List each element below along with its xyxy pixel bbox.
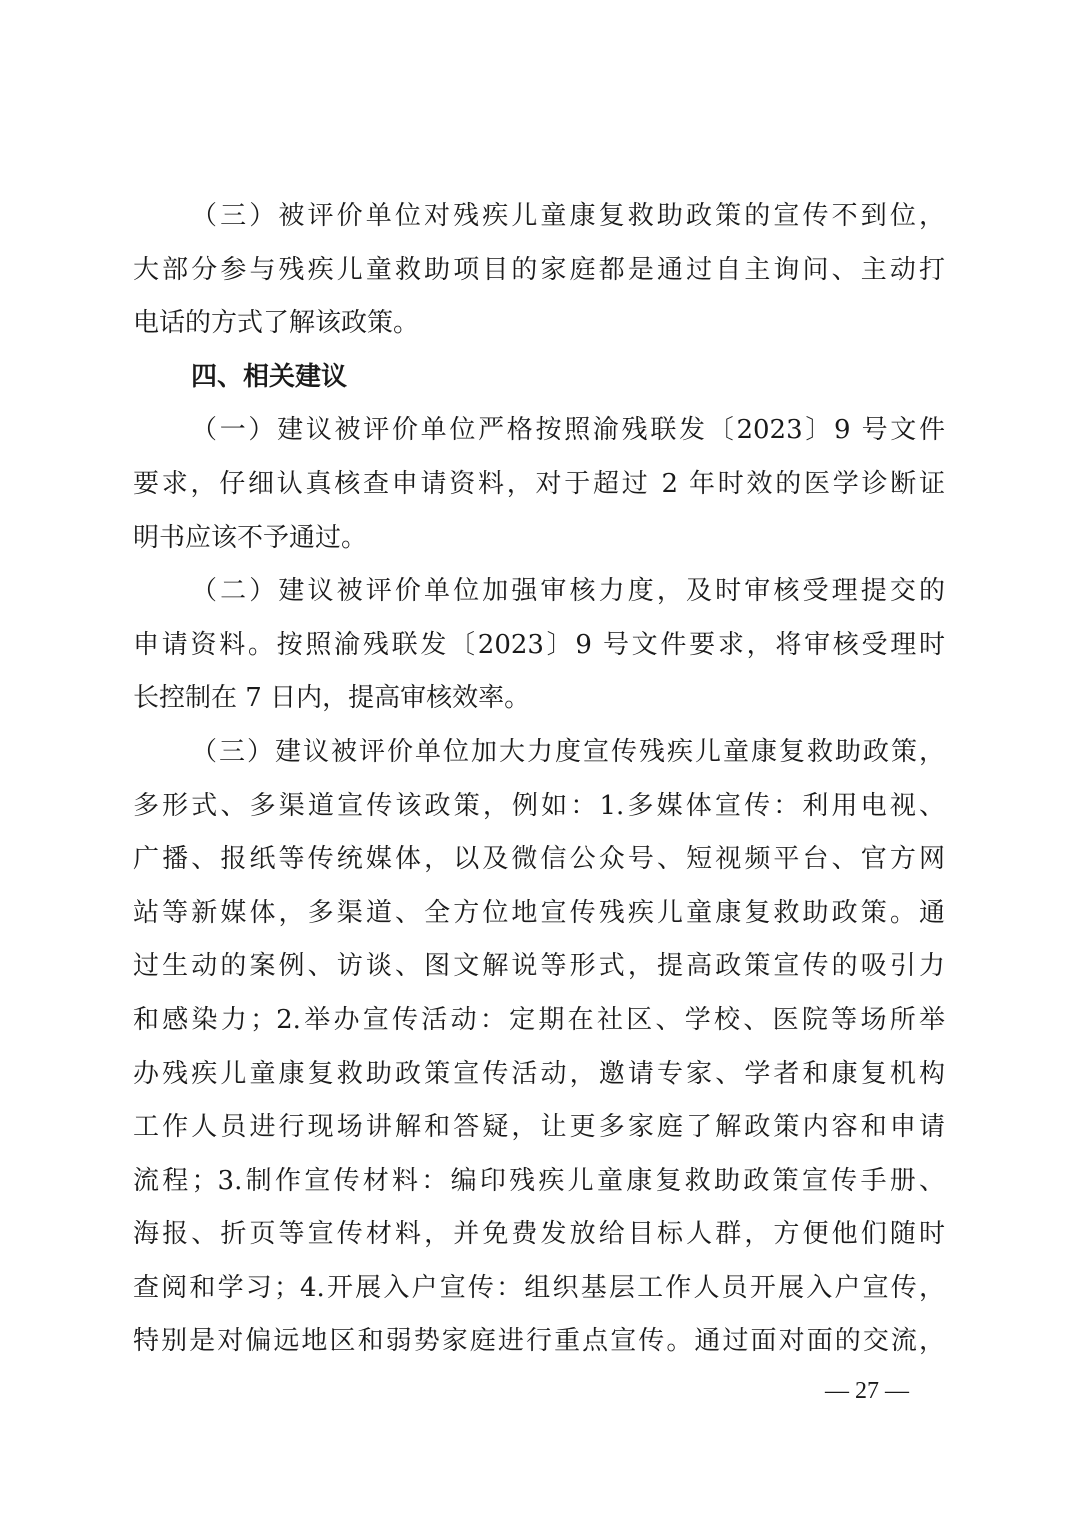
text-line: 工作人员进行现场讲解和答疑，让更多家庭了解政策内容和申请 [133,1101,945,1155]
text-line: 申请资料。按照渝残联发〔2023〕9 号文件要求，将审核受理时 [133,619,945,673]
paragraph-finding-3: （三）被评价单位对残疾儿童康复救助政策的宣传不到位， 大部分参与残疾儿童救助项目… [133,190,945,351]
body-text: （三）被评价单位对残疾儿童康复救助政策的宣传不到位， 大部分参与残疾儿童救助项目… [133,190,945,1369]
text-line: 要求，仔细认真核查申请资料，对于超过 2 年时效的医学诊断证 [133,458,945,512]
text-line: 站等新媒体，多渠道、全方位地宣传残疾儿童康复救助政策。通 [133,887,945,941]
text-line: 大部分参与残疾儿童救助项目的家庭都是通过自主询问、主动打 [133,244,945,298]
text-line: 查阅和学习；4.开展入户宣传：组织基层工作人员开展入户宣传， [133,1262,945,1316]
text-line: （三）建议被评价单位加大力度宣传残疾儿童康复救助政策， [133,726,945,780]
section-heading: 四、相关建议 [133,351,945,405]
document-page: （三）被评价单位对残疾儿童康复救助政策的宣传不到位， 大部分参与残疾儿童救助项目… [0,0,1074,1520]
paragraph-suggestion-2: （二）建议被评价单位加强审核力度，及时审核受理提交的 申请资料。按照渝残联发〔2… [133,565,945,726]
text-line: （三）被评价单位对残疾儿童康复救助政策的宣传不到位， [133,190,945,244]
text-line: （二）建议被评价单位加强审核力度，及时审核受理提交的 [133,565,945,619]
text-line: 广播、报纸等传统媒体，以及微信公众号、短视频平台、官方网 [133,833,945,887]
paragraph-suggestion-3: （三）建议被评价单位加大力度宣传残疾儿童康复救助政策， 多形式、多渠道宣传该政策… [133,726,945,1369]
text-line: 特别是对偏远地区和弱势家庭进行重点宣传。通过面对面的交流， [133,1315,945,1369]
text-line: 明书应该不予通过。 [133,512,945,566]
text-line: 多形式、多渠道宣传该政策，例如：1.多媒体宣传：利用电视、 [133,780,945,834]
text-line: 海报、折页等宣传材料，并免费发放给目标人群，方便他们随时 [133,1208,945,1262]
page-number: — 27 — [812,1378,922,1405]
text-line: 电话的方式了解该政策。 [133,297,945,351]
text-line: 办残疾儿童康复救助政策宣传活动，邀请专家、学者和康复机构 [133,1048,945,1102]
text-line: 流程；3.制作宣传材料：编印残疾儿童康复救助政策宣传手册、 [133,1155,945,1209]
text-line: （一）建议被评价单位严格按照渝残联发〔2023〕9 号文件 [133,404,945,458]
text-line: 长控制在 7 日内，提高审核效率。 [133,672,945,726]
paragraph-suggestion-1: （一）建议被评价单位严格按照渝残联发〔2023〕9 号文件 要求，仔细认真核查申… [133,404,945,565]
text-line: 过生动的案例、访谈、图文解说等形式，提高政策宣传的吸引力 [133,940,945,994]
text-line: 和感染力；2.举办宣传活动：定期在社区、学校、医院等场所举 [133,994,945,1048]
